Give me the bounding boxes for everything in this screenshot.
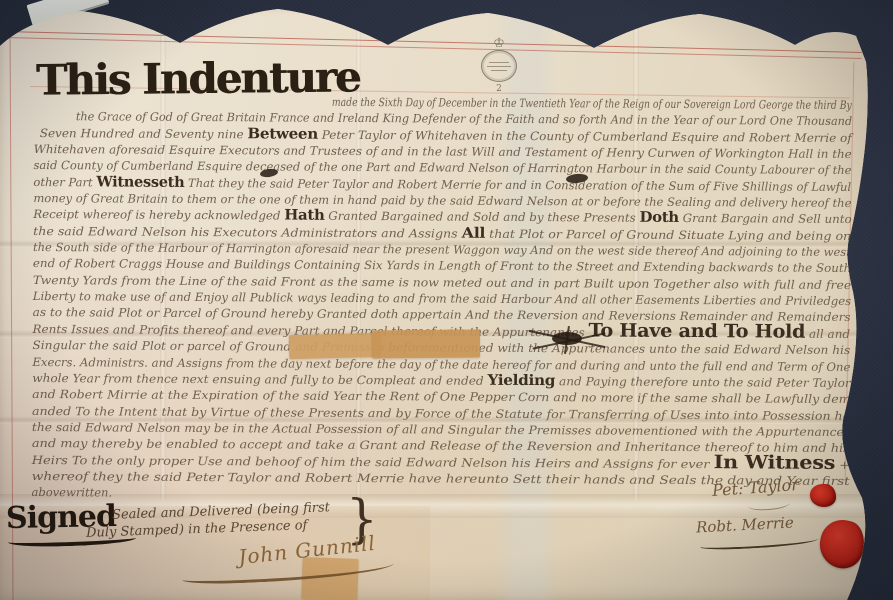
blackletter-text: Doth — [639, 209, 679, 226]
photo-frame: ♔ 2 This Indenture made the Sixth Day of… — [0, 0, 893, 600]
wax-seal-small — [810, 484, 836, 507]
blackletter-text: Witnesseth — [96, 173, 184, 191]
manuscript-text: Grant Bargain and Sell unto — [679, 211, 852, 226]
blackletter-text: Between — [247, 125, 318, 142]
manuscript-text: and Paying therefore unto the said Peter… — [555, 374, 851, 390]
manuscript-text: Granted Bargained and Sold and by these … — [324, 209, 639, 225]
tape-repair — [372, 330, 480, 359]
manuscript-text: other Part — [33, 175, 96, 189]
parchment-document: ♔ 2 This Indenture made the Sixth Day of… — [0, 0, 893, 600]
document-body: made the Sixth Day of December in the Tw… — [31, 91, 858, 508]
embossed-duty-stamp: ♔ 2 — [472, 38, 526, 98]
stamp-mark: 2 — [472, 84, 526, 94]
crown-icon: ♔ — [472, 38, 526, 50]
tape-repair — [289, 333, 382, 359]
manuscript-text: Receipt whereof is hereby acknowledged — [33, 207, 284, 223]
manuscript-text: Seven Hundred and Seventy nine — [40, 126, 248, 141]
manuscript-text: abovewritten. — [32, 485, 113, 499]
blackletter-text: Hath — [284, 207, 324, 224]
signature-robert-merrie: Robt. Merrie — [696, 513, 795, 536]
stamp-ring — [481, 50, 517, 82]
blackletter-text: All — [462, 224, 486, 241]
blackletter-text: Yielding — [487, 372, 555, 389]
wax-seal-large — [815, 516, 868, 572]
manuscript-text: + — [835, 457, 850, 471]
signature-flourish — [700, 535, 818, 551]
manuscript-text: all and — [805, 327, 850, 341]
